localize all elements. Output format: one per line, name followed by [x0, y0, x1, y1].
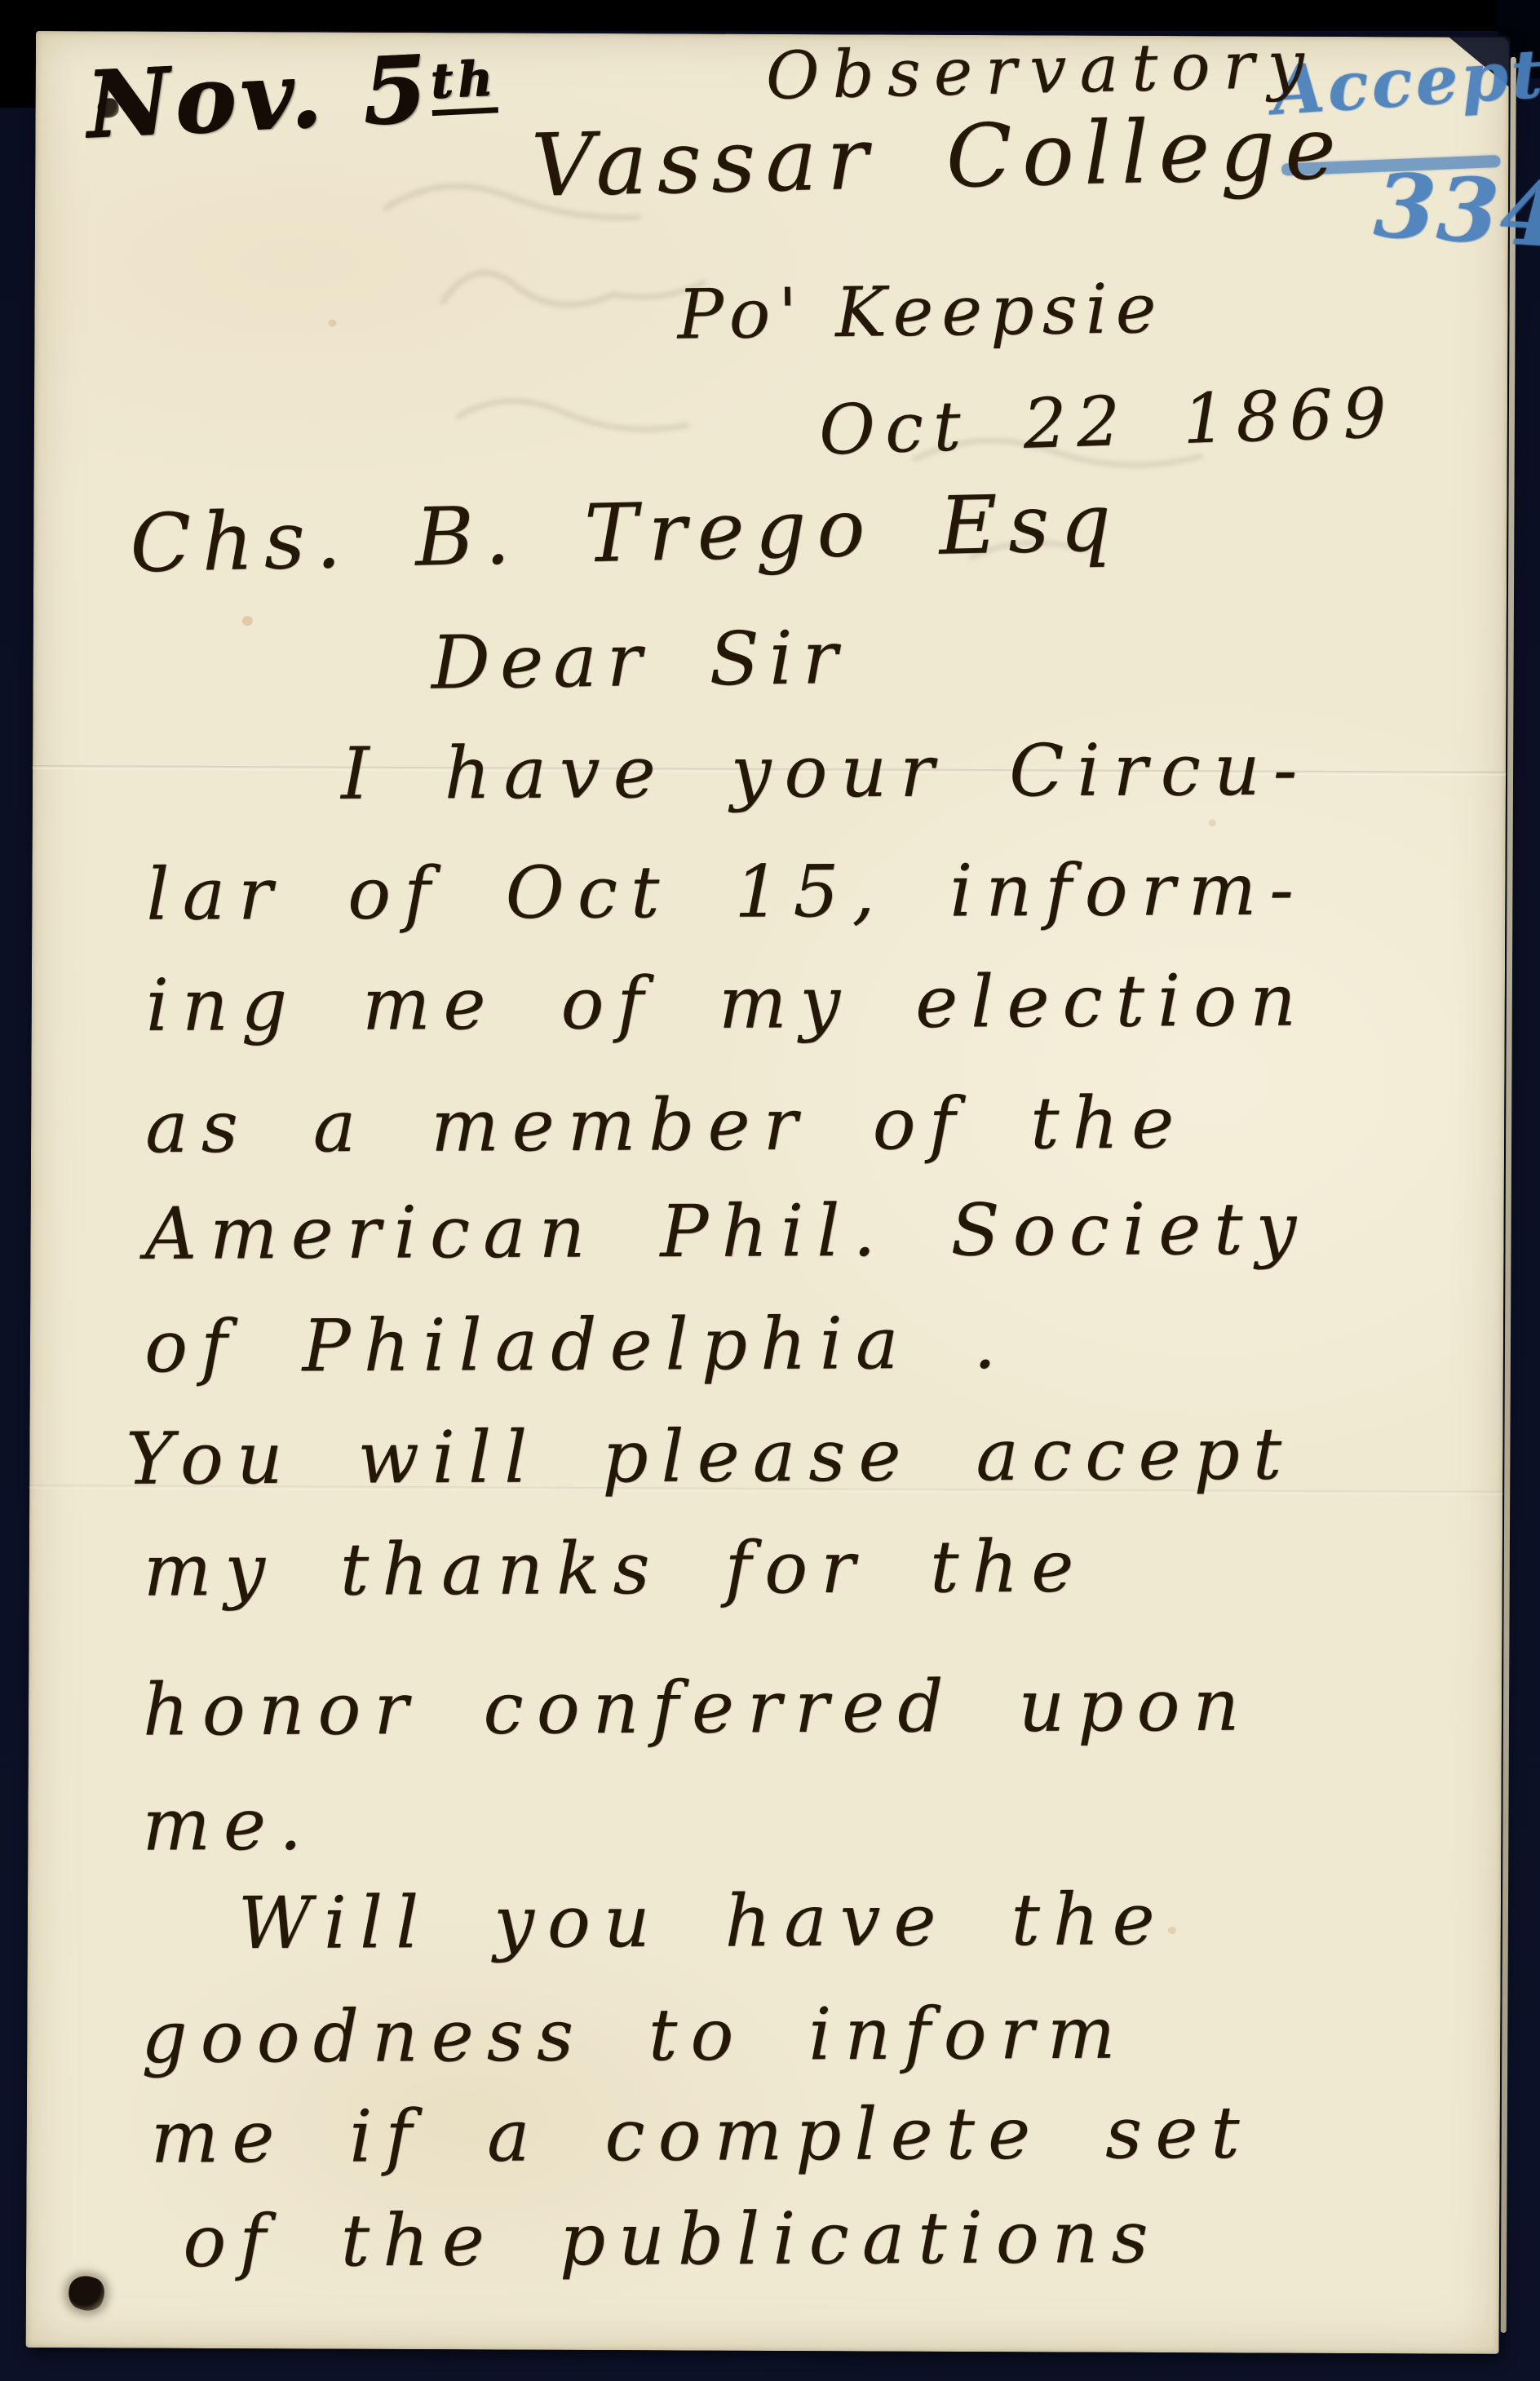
body-line: my thanks for the	[144, 1525, 1087, 1613]
body-line: of Philadelphia .	[144, 1301, 1010, 1389]
body-line: goodness to inform	[141, 1991, 1128, 2079]
body-line: ing me of my election	[146, 958, 1309, 1047]
body-line: me if a complete set	[151, 2091, 1253, 2180]
foxing-spot	[1209, 819, 1216, 826]
body-line: me.	[142, 1782, 315, 1867]
foxing-spot	[1168, 1927, 1176, 1934]
letterhead-college: Vassar College	[530, 98, 1347, 216]
salutation-line: Dear Sir	[431, 615, 848, 706]
body-line: Will you have the	[238, 1877, 1168, 1965]
letter-page: Nov. 5th Accepts 334 Observatory Vassar …	[26, 31, 1509, 2354]
body-line: of the publications	[183, 2195, 1162, 2283]
body-line: lar of Oct 15, inform-	[146, 848, 1307, 936]
paper-edge-highlight	[1501, 57, 1516, 2333]
foxing-spot	[242, 616, 253, 626]
body-line: I have your Circu-	[341, 728, 1311, 816]
received-date-text: Nov. 5	[84, 35, 434, 158]
foxing-spot	[328, 320, 336, 327]
letterhead-city: Po' Keepsie	[677, 268, 1165, 355]
recipient-line: Chs. B. Trego Esq	[129, 476, 1122, 591]
body-line: American Phil. Society	[144, 1187, 1309, 1276]
received-date-ordinal: th	[429, 49, 498, 116]
scan-background: Nov. 5th Accepts 334 Observatory Vassar …	[0, 0, 1540, 2381]
letter-date: Oct 22 1869	[818, 373, 1397, 471]
archive-number-annotation: 334	[1372, 154, 1540, 268]
received-date-annotation: Nov. 5th	[84, 32, 500, 158]
ink-blot	[64, 2271, 108, 2315]
body-line: as a member of the	[145, 1081, 1188, 1170]
body-line: honor conferred upon	[143, 1663, 1253, 1752]
body-line: You will please accept	[126, 1411, 1294, 1500]
